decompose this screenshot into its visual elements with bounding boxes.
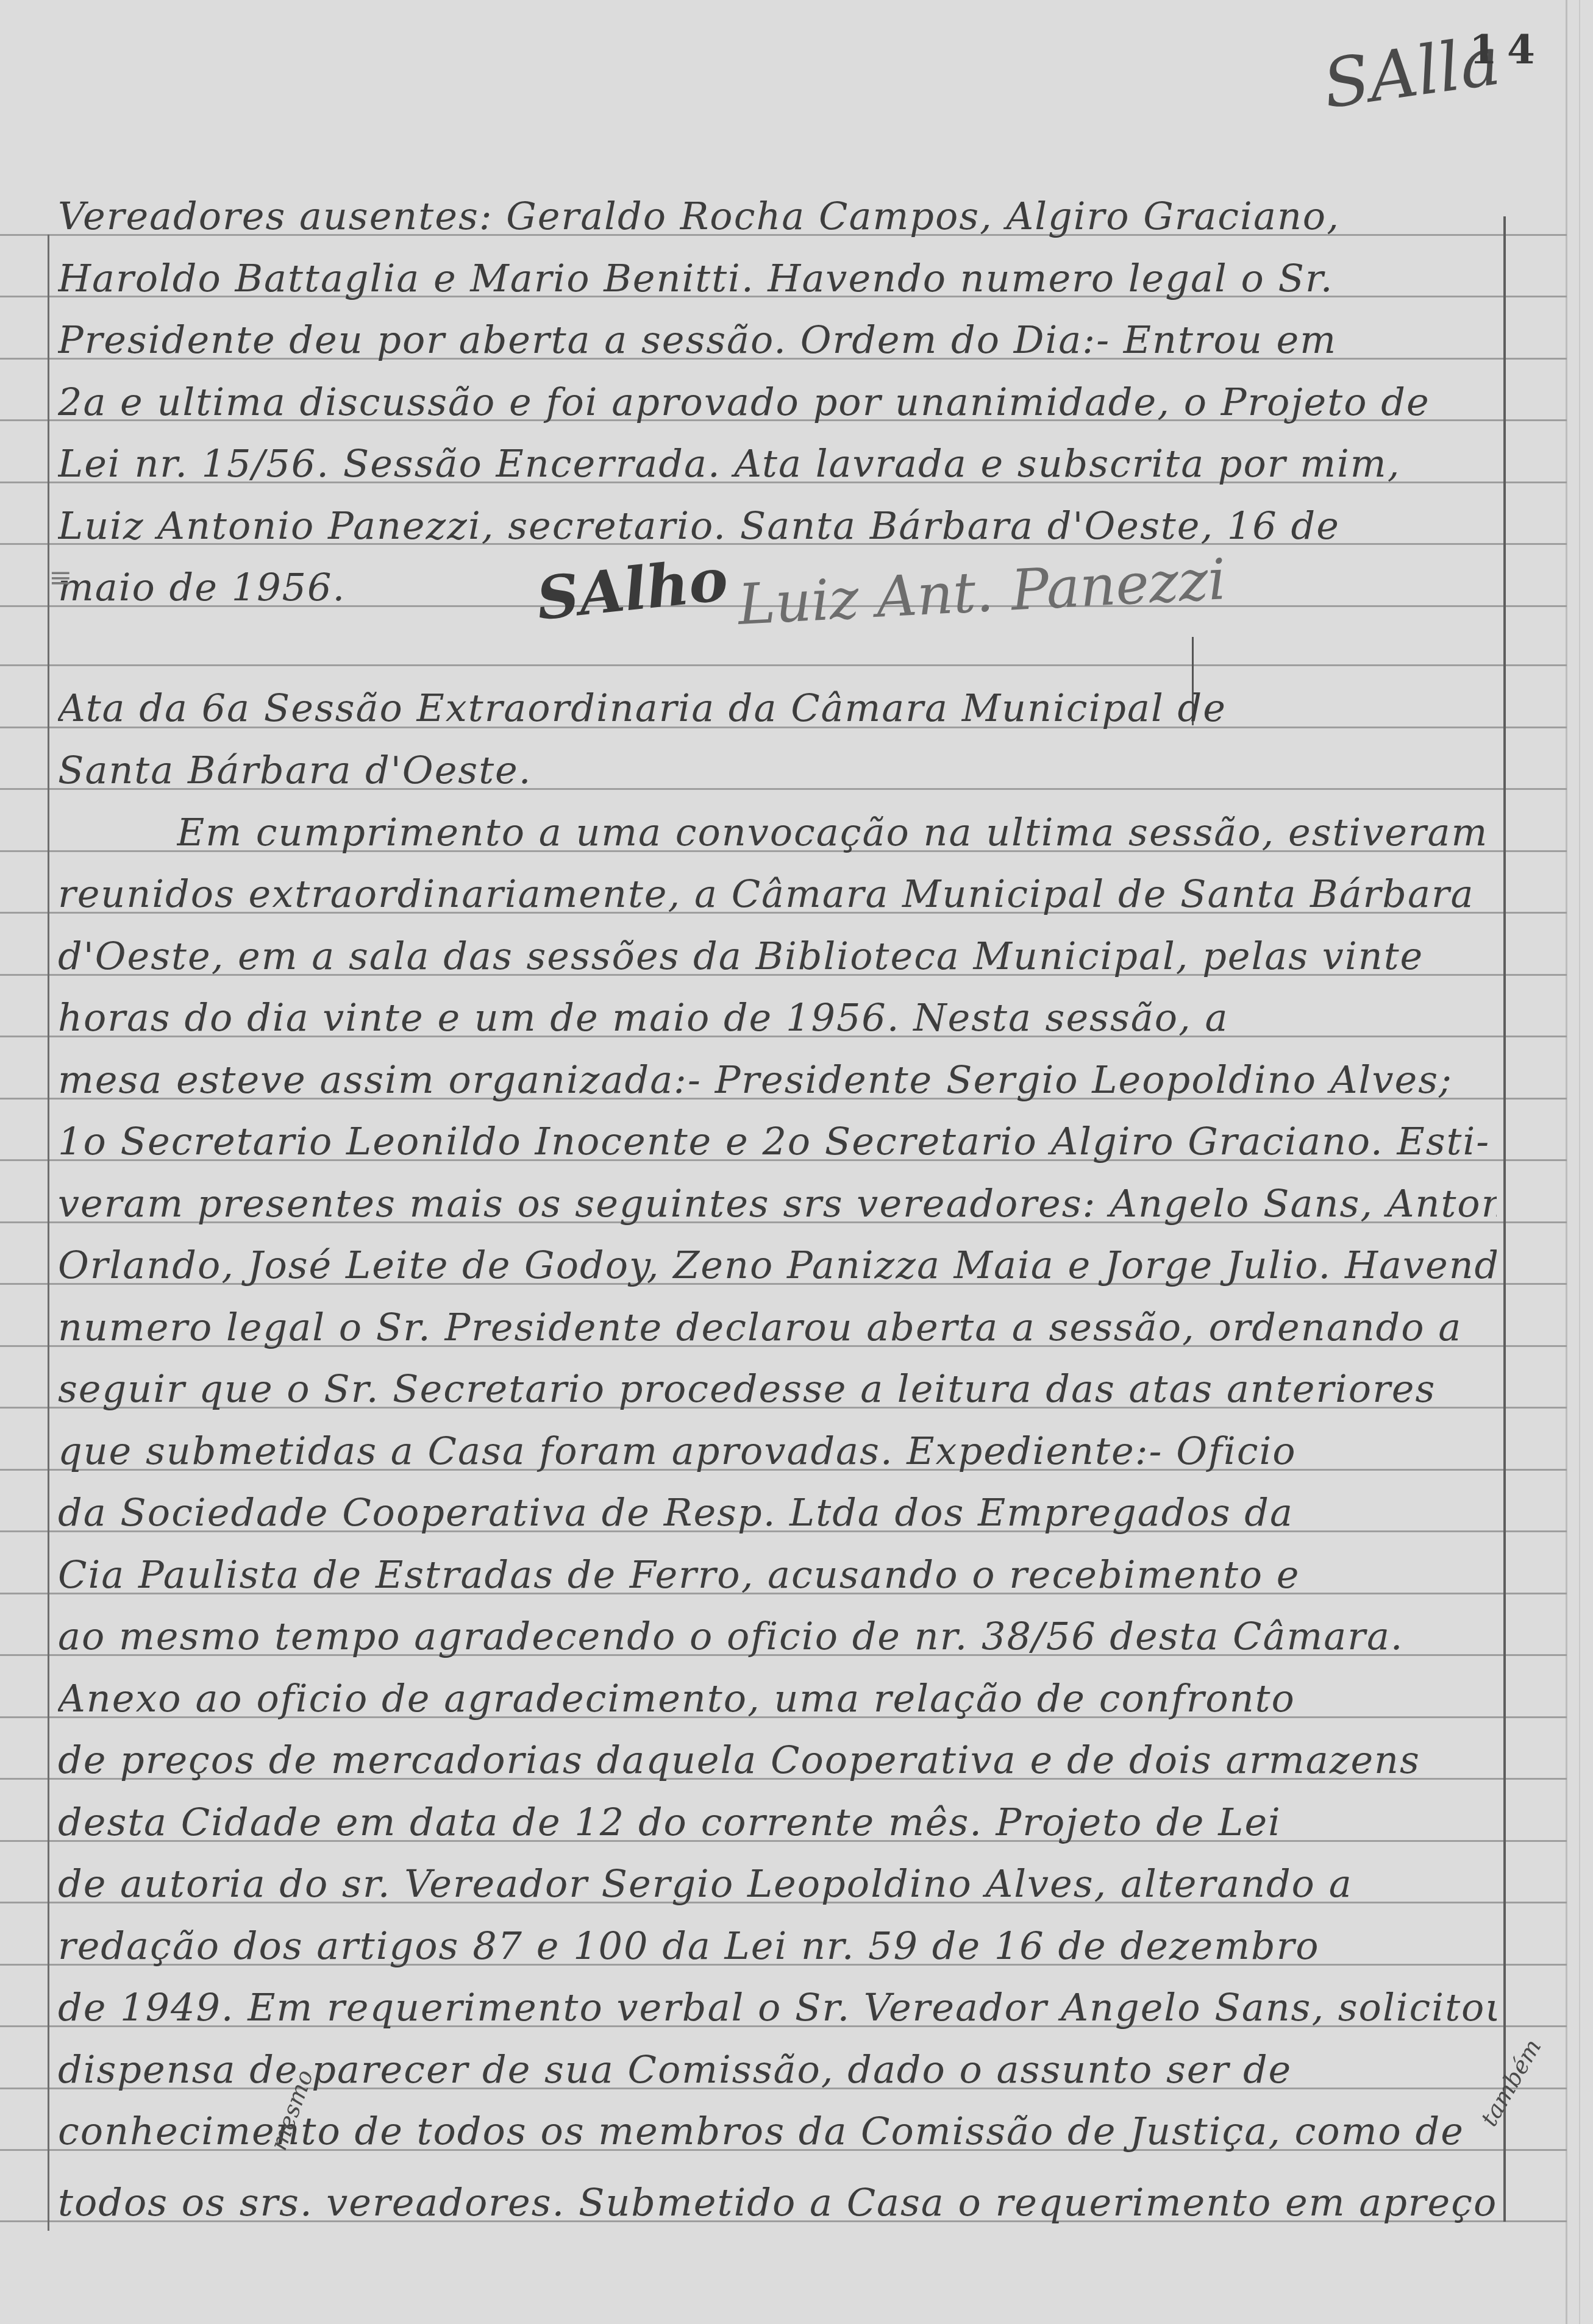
text-line: 2a e ultima discussão e foi aprovado por…: [58, 380, 1497, 424]
text-line: Vereadores ausentes: Geraldo Rocha Campo…: [58, 194, 1497, 238]
text-line: da Sociedade Cooperativa de Resp. Ltda d…: [58, 1490, 1497, 1535]
left-margin-rule: [48, 235, 49, 2231]
text-line: seguir que o Sr. Secretario procedesse a…: [58, 1366, 1497, 1411]
text-line: reunidos extraordinariamente, a Câmara M…: [58, 872, 1497, 916]
text-line: Luiz Antonio Panezzi, secretario. Santa …: [58, 503, 1497, 548]
text-line: Orlando, José Leite de Godoy, Zeno Paniz…: [58, 1243, 1497, 1287]
ruled-line: [0, 664, 1567, 666]
text-line: dispensa de parecer de sua Comissão, dad…: [58, 2047, 1497, 2092]
text-line: Lei nr. 15/56. Sessão Encerrada. Ata lav…: [58, 441, 1497, 486]
page-number: 14: [1469, 26, 1545, 73]
text-line: Presidente deu por aberta a sessão. Orde…: [58, 318, 1497, 362]
text-line: de autoria do sr. Vereador Sergio Leopol…: [58, 1861, 1497, 1906]
text-line: Anexo ao oficio de agradecimento, uma re…: [58, 1676, 1497, 1721]
text-line: 1o Secretario Leonildo Inocente e 2o Sec…: [58, 1119, 1497, 1164]
text-line: redação dos artigos 87 e 100 da Lei nr. …: [58, 1924, 1497, 1968]
text-line: Cia Paulista de Estradas de Ferro, acusa…: [58, 1552, 1497, 1597]
text-line: todos os srs. vereadores. Submetido a Ca…: [58, 2180, 1497, 2225]
text-line: que submetidas a Casa foram aprovadas. E…: [58, 1429, 1497, 1473]
margin-stamp-mark: ≡: [49, 561, 73, 594]
signature-president: SAlho: [533, 545, 731, 633]
text-line: Haroldo Battaglia e Mario Benitti. Haven…: [58, 256, 1497, 300]
minutes-heading-line-1: Ata da 6a Sessão Extraordinaria da Câmar…: [58, 686, 1497, 730]
text-line: numero legal o Sr. Presidente declarou a…: [58, 1305, 1497, 1349]
text-line: ao mesmo tempo agradecendo o oficio de n…: [58, 1614, 1497, 1658]
signature-secretary: Luiz Ant. Panezzi: [736, 547, 1228, 638]
right-margin-rule: [1503, 216, 1506, 2222]
signature-block: SAlho Luiz Ant. Panezzi: [536, 549, 1329, 658]
text-line: veram presentes mais os seguintes srs ve…: [58, 1181, 1497, 1226]
text-line: d'Oeste, em a sala das sessões da Biblio…: [58, 934, 1497, 978]
ledger-page: SAlla 14 Vereadores ausentes: Geraldo Ro…: [0, 0, 1593, 2324]
page-edge-border-outer: [1579, 0, 1580, 2324]
text-line: de 1949. Em requerimento verbal o Sr. Ve…: [58, 1985, 1497, 2030]
minutes-heading-line-2: Santa Bárbara d'Oeste.: [58, 748, 1497, 792]
text-line: Em cumprimento a uma convocação na ultim…: [177, 810, 1497, 855]
text-line: horas do dia vinte e um de maio de 1956.…: [58, 995, 1497, 1040]
text-line: mesa esteve assim organizada:- President…: [58, 1057, 1497, 1102]
page-edge-border: [1566, 0, 1567, 2324]
text-line: de preços de mercadorias daquela Coopera…: [58, 1738, 1497, 1782]
text-line-part: Presidente deu por aberta a sessão. Orde…: [58, 318, 1337, 362]
text-line: desta Cidade em data de 12 do corrente m…: [58, 1800, 1497, 1844]
